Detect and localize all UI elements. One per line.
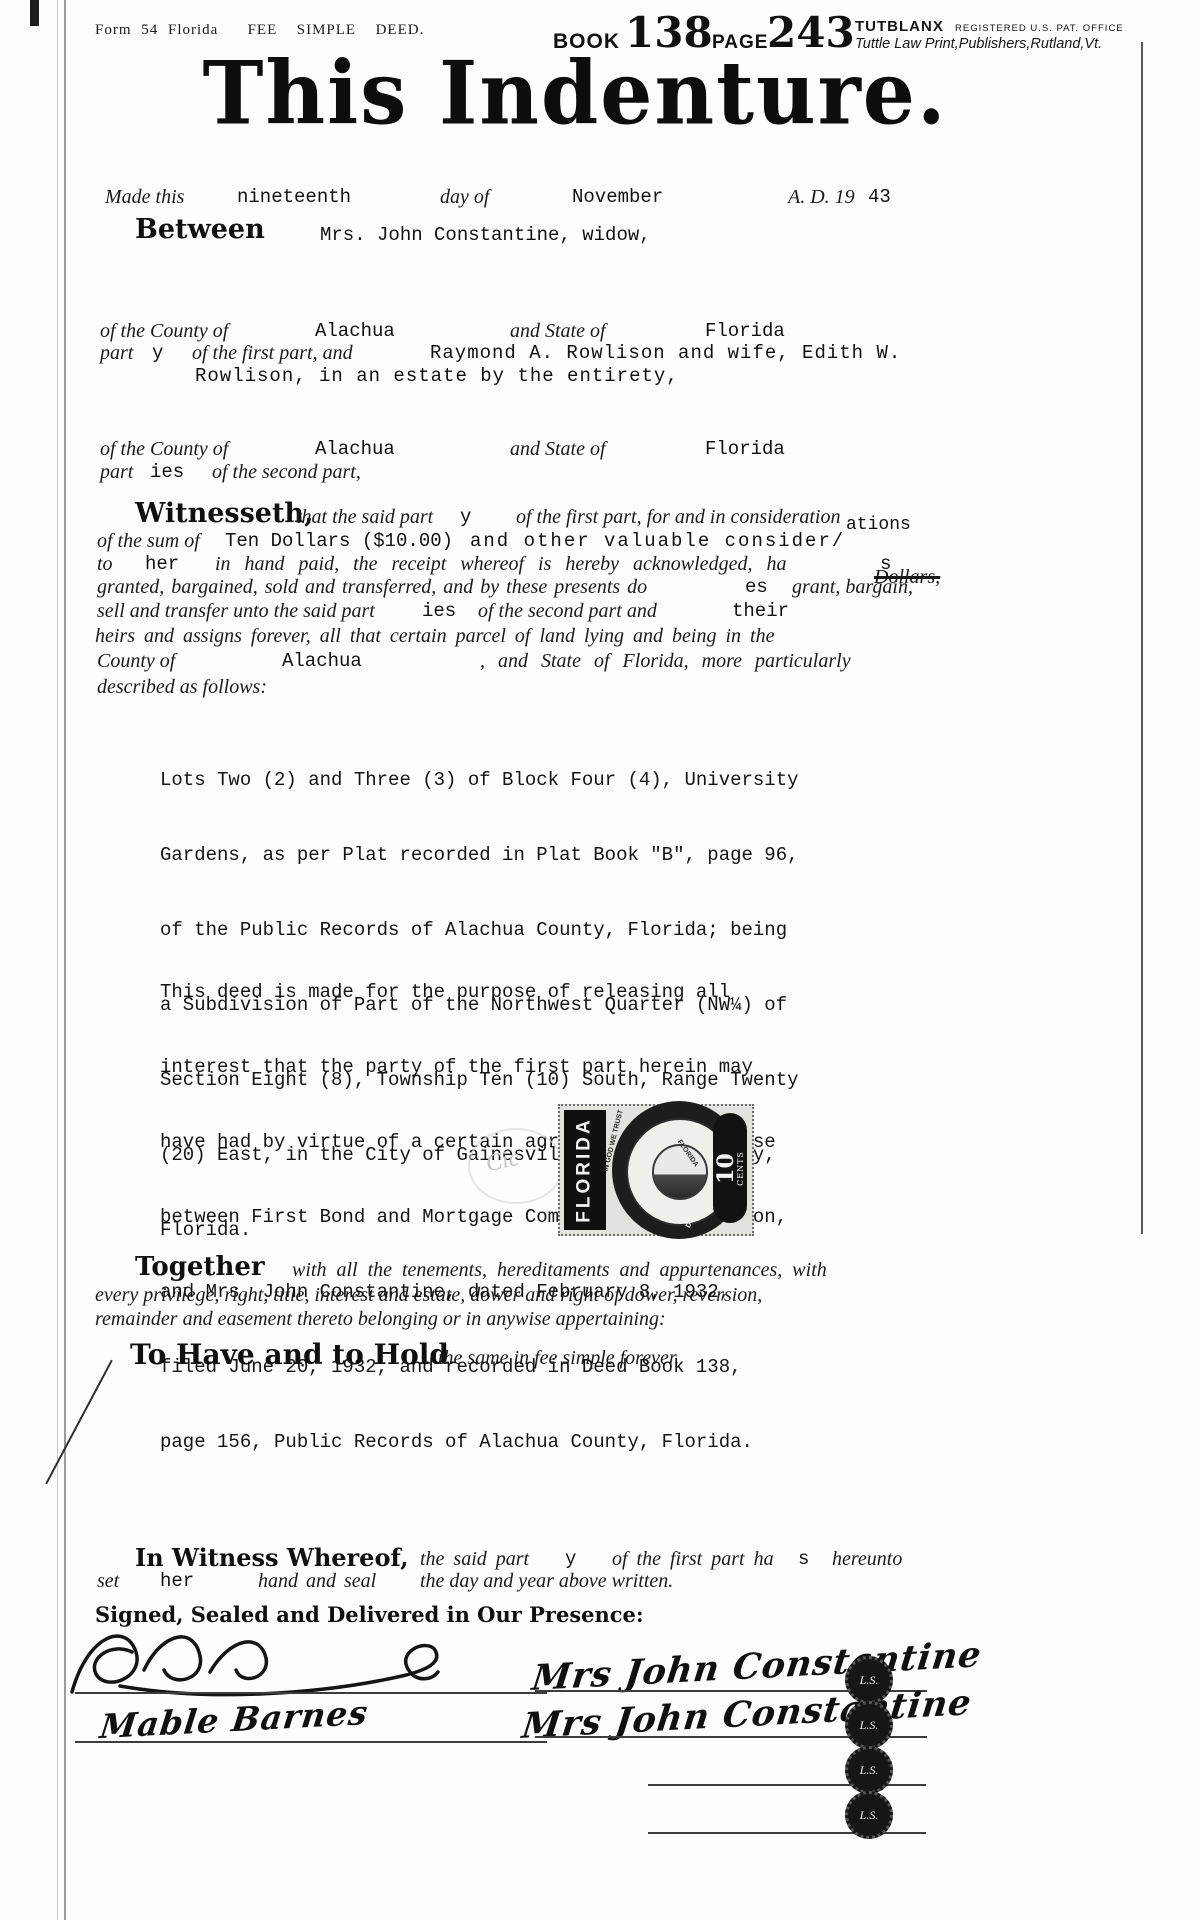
part-label-2: part xyxy=(100,461,133,484)
habendum-heading: To Have and to Hold xyxy=(130,1338,449,1371)
typed-fill: their xyxy=(732,600,789,622)
stray-pen-stroke xyxy=(45,1360,112,1485)
month-value: November xyxy=(572,186,663,208)
stamp-value-unit: CENTS xyxy=(736,1151,745,1186)
documentary-stamp: FLORIDA IN GOD WE TRUST DOCUMENTARY STAM… xyxy=(558,1104,754,1236)
witnesseth-text: of the second part and xyxy=(478,600,657,623)
stamp-value-number: 10 xyxy=(716,1151,736,1186)
witnesseth-line-1: Witnesseth, that the said part y of the … xyxy=(0,498,1200,532)
together-line-3: remainder and easement thereto belonging… xyxy=(0,1308,1200,1334)
publisher-brand: TUTBLANX xyxy=(855,18,944,35)
date-line: Made this nineteenth day of November A. … xyxy=(0,186,1200,212)
typed-fill: es xyxy=(745,576,768,598)
together-text: every privilege, right, title, interest … xyxy=(95,1284,762,1307)
day-of-label: day of xyxy=(440,186,489,209)
deed-document-scan: Form 54 Florida FEE SIMPLE DEED. BOOK 13… xyxy=(0,0,1200,1920)
together-heading: Together xyxy=(135,1252,265,1282)
second-party-line: part ies of the second part, xyxy=(0,461,1200,487)
part-suffix-2: ies xyxy=(150,461,184,483)
testimonium-text: set xyxy=(97,1570,119,1593)
witnesseth-line-4: granted, bargained, sold and transferred… xyxy=(0,576,1200,602)
state-value: Florida xyxy=(705,320,785,342)
ls-seal-icon: L.S. xyxy=(845,1701,893,1749)
state-label-2: and State of xyxy=(510,438,606,461)
witnesseth-text: of the sum of xyxy=(97,530,200,553)
witness-signature-line-1 xyxy=(75,1692,547,1694)
testimonium-text: hand and seal xyxy=(258,1570,376,1593)
legal-description-line: Gardens, as per Plat recorded in Plat Bo… xyxy=(160,843,799,868)
typed-fill: her xyxy=(145,553,179,575)
stamp-state-band: FLORIDA xyxy=(564,1110,606,1230)
typed-fill: her xyxy=(160,1570,194,1592)
stamp-state-text: FLORIDA xyxy=(574,1117,596,1222)
together-line-2: every privilege, right, title, interest … xyxy=(0,1284,1200,1310)
witnesseth-line-5: sell and transfer unto the said part ies… xyxy=(0,600,1200,626)
form-label: Form 54 Florida FEE SIMPLE DEED. xyxy=(95,22,424,39)
testimonium-line-2: set her hand and seal the day and year a… xyxy=(0,1570,1200,1596)
habendum-line: To Have and to Hold the same in fee simp… xyxy=(0,1338,1200,1374)
typed-fill: s xyxy=(798,1548,809,1570)
habendum-text: the same in fee simple forever. xyxy=(438,1347,679,1370)
between-line: Between Mrs. John Constantine, widow, xyxy=(0,214,1200,248)
seal-label: L.S. xyxy=(860,1808,879,1823)
witnesseth-text: granted, bargained, sold and transferred… xyxy=(97,576,647,599)
publisher-registered: REGISTERED U.S. PAT. OFFICE xyxy=(955,23,1124,34)
state-value-2: Florida xyxy=(705,438,785,460)
county-label: of the County of xyxy=(100,320,228,343)
state-label: and State of xyxy=(510,320,606,343)
first-part-label: of the first part, and xyxy=(192,342,353,365)
together-text: with all the tenements, hereditaments an… xyxy=(292,1259,827,1282)
typed-fill: Ten Dollars ($10.00) xyxy=(225,530,453,552)
part-suffix: y xyxy=(152,342,163,364)
made-this-label: Made this xyxy=(105,186,184,209)
part-label: part xyxy=(100,342,133,365)
witness-signature-flourish xyxy=(60,1622,470,1702)
title-line: This Indenture. xyxy=(0,46,1200,166)
between-label: Between xyxy=(135,214,265,245)
witnesseth-line-7: County of Alachua , and State of Florida… xyxy=(0,650,1200,676)
purpose-line: page 156, Public Records of Alachua Coun… xyxy=(160,1430,787,1455)
ls-seal-icon: L.S. xyxy=(845,1656,893,1704)
testimonium-text: the said part xyxy=(420,1548,529,1571)
ls-seal-icon: L.S. xyxy=(845,1791,893,1839)
testimonium-heading: In Witness Whereof, xyxy=(135,1543,409,1572)
grantor-name: Mrs. John Constantine, widow, xyxy=(320,224,651,246)
header-row: Form 54 Florida FEE SIMPLE DEED. BOOK 13… xyxy=(0,16,1200,42)
witnesseth-text: to xyxy=(97,553,113,576)
witnesseth-text: of the first part, for and in considerat… xyxy=(516,506,840,529)
testimonium-text: the day and year above written. xyxy=(420,1570,673,1593)
ad-label: A. D. 19 xyxy=(788,186,855,209)
witnesseth-text: sell and transfer unto the said part xyxy=(97,600,375,623)
legal-description-line: Lots Two (2) and Three (3) of Block Four… xyxy=(160,768,799,793)
year-value: 43 xyxy=(868,186,891,208)
typed-fill: y xyxy=(460,506,471,528)
witnesseth-text: County of xyxy=(97,650,175,673)
witnesseth-line-6: heirs and assigns forever, all that cert… xyxy=(0,625,1200,651)
grantee-names-2: Rowlison, in an estate by the entirety, xyxy=(195,365,679,387)
state-seal-icon xyxy=(652,1144,708,1200)
typed-fill: y xyxy=(565,1548,576,1570)
purpose-line: interest that the party of the first par… xyxy=(160,1055,787,1080)
ls-seal-icon: L.S. xyxy=(845,1746,893,1794)
witnesseth-text: grant, bargain, xyxy=(792,576,913,599)
typed-fill: s xyxy=(880,553,891,575)
typed-fill: and other valuable consider/ xyxy=(470,530,845,552)
purpose-line: This deed is made for the purpose of rel… xyxy=(160,980,787,1005)
grantee-names: Raymond A. Rowlison and wife, Edith W. xyxy=(430,342,901,364)
witnesseth-text: described as follows: xyxy=(97,676,267,699)
county-label-2: of the County of xyxy=(100,438,228,461)
county-value: Alachua xyxy=(315,320,395,342)
typed-fill: Alachua xyxy=(282,650,362,672)
together-text: remainder and easement thereto belonging… xyxy=(95,1308,666,1331)
witnesseth-text: that the said part xyxy=(296,506,433,529)
typed-insertion: ations xyxy=(846,515,911,535)
together-line-1: Together with all the tenements, heredit… xyxy=(0,1252,1200,1286)
witnesseth-text: , and State of Florida, more particularl… xyxy=(480,650,851,673)
typed-fill: ies xyxy=(422,600,456,622)
second-part-label: of the second part, xyxy=(212,461,361,484)
seal-label: L.S. xyxy=(860,1673,879,1688)
day-value: nineteenth xyxy=(237,186,351,208)
witnesseth-line-8: described as follows: xyxy=(0,676,1200,702)
witnesseth-text: heirs and assigns forever, all that cert… xyxy=(95,625,774,648)
witnesseth-text: in hand paid, the receipt whereof is her… xyxy=(215,553,786,576)
seal-label: L.S. xyxy=(860,1718,879,1733)
page-title: This Indenture. xyxy=(0,43,1150,145)
first-party-line-2: Rowlison, in an estate by the entirety, xyxy=(0,365,1200,391)
stamp-denomination: 10 CENTS xyxy=(713,1113,747,1223)
testimonium-text: of the first part ha xyxy=(612,1548,774,1571)
testimonium-text: hereunto xyxy=(832,1548,902,1571)
left-fold-line-1 xyxy=(57,0,58,1920)
seal-label: L.S. xyxy=(860,1763,879,1778)
witness-signature-line-2 xyxy=(75,1741,547,1743)
witnesseth-heading: Witnesseth, xyxy=(135,498,313,529)
county-value-2: Alachua xyxy=(315,438,395,460)
